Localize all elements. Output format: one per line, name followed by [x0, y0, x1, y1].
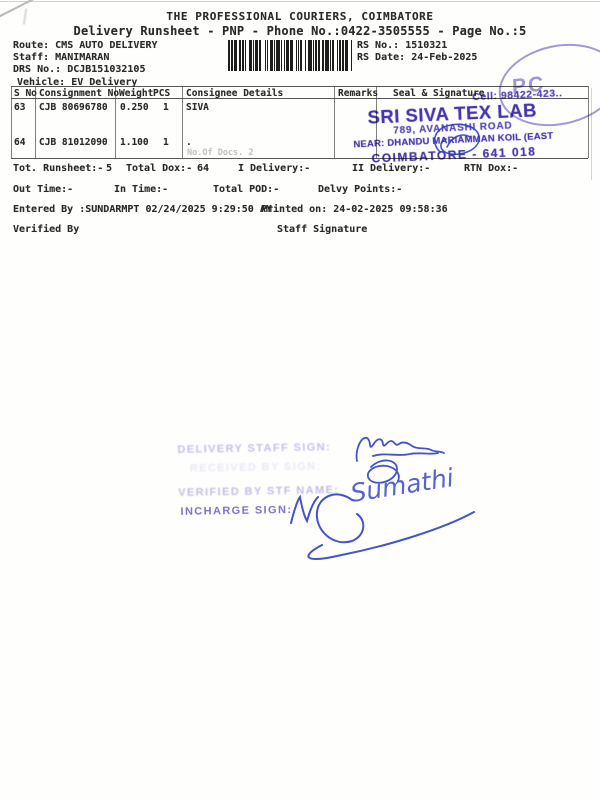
staff-signature-label: Staff Signature — [277, 224, 367, 235]
verified-by-label: Verified By — [13, 224, 79, 235]
rs-date-line: RS Date: 24-Feb-2025 — [357, 52, 477, 63]
drs-value: DCJB151032105 — [67, 64, 145, 75]
rs-date-label: RS Date: — [357, 52, 405, 63]
barcode — [228, 40, 352, 71]
cell-s-no: 63 — [14, 102, 25, 113]
route-label: Route: — [13, 40, 49, 51]
staff-label: Staff: — [13, 52, 49, 63]
column-header-weight: Weight — [119, 88, 153, 99]
table-column-line — [182, 86, 183, 158]
runsheet-document: THE PROFESSIONAL COURIERS, COIMBATORE De… — [0, 0, 600, 800]
signature-stamp: DELIVERY STAFF SIGN: RECEIVED BY SIGN: V… — [175, 438, 406, 526]
cell-weight: 1.100 — [120, 137, 149, 148]
consignee-seal-stamp: Cell: 98422-423.. SRI SIVA TEX LAB 789, … — [336, 85, 569, 179]
company-title: THE PROFESSIONAL COURIERS, COIMBATORE — [0, 10, 600, 23]
cell-s-no: 64 — [14, 137, 25, 148]
scan-edge-top — [0, 1, 600, 2]
total-dox-label: Total Dox:- — [126, 163, 192, 174]
column-header-consignment: Consignment No — [39, 88, 119, 99]
stamp-verified-by-name-label: VERIFIED BY STF NAME: — [178, 484, 339, 499]
rs-no-value: 1510321 — [405, 40, 447, 51]
cell-consignee: SIVA — [186, 102, 209, 113]
i-delivery-label: I Delivery:- — [238, 163, 310, 174]
docs-count-note: No.Of Docs. 2 — [187, 148, 254, 158]
printed-on-line: Printed on: 24-02-2025 09:58:36 — [261, 204, 448, 215]
entered-by-line: Entered By :SUNDARMPT 02/24/2025 9:29:50… — [13, 204, 272, 215]
out-time-label: Out Time:- — [13, 184, 73, 195]
table-column-line — [11, 86, 12, 158]
stamp-incharge-sign-label: INCHARGE SIGN: — [180, 504, 292, 518]
cell-consignee: . — [186, 137, 192, 148]
total-runsheet-value: 5 — [106, 163, 112, 174]
stamp-received-by-sign-label: RECEIVED BY SIGN: — [190, 460, 322, 474]
delvy-points-label: Delvy Points:- — [318, 184, 402, 195]
staff-line: Staff: MANIMARAN — [13, 52, 109, 63]
staff-value: MANIMARAN — [55, 52, 109, 63]
runsheet-subtitle: Delivery Runsheet - PNP - Phone No.:0422… — [0, 24, 600, 38]
cell-weight: 0.250 — [120, 102, 149, 113]
stamp-delivery-staff-sign-label: DELIVERY STAFF SIGN: — [177, 441, 331, 456]
total-dox-value: 64 — [197, 163, 209, 174]
in-time-label: In Time:- — [114, 184, 168, 195]
total-pod-label: Total POD:- — [213, 184, 279, 195]
cell-consignment: CJB 81012090 — [39, 137, 108, 148]
route-value: CMS AUTO DELIVERY — [55, 40, 157, 51]
total-runsheet-label: Tot. Runsheet:- — [13, 163, 103, 174]
cell-consignment: CJB 80696780 — [39, 102, 108, 113]
column-header-s-no: S No — [14, 88, 37, 99]
barcode-bar — [351, 40, 352, 71]
cell-pcs: 1 — [163, 102, 169, 113]
route-line: Route: CMS AUTO DELIVERY — [13, 40, 158, 51]
rs-no-label: RS No.: — [357, 40, 399, 51]
cell-pcs: 1 — [163, 137, 169, 148]
rs-date-value: 24-Feb-2025 — [411, 52, 477, 63]
rs-no-line: RS No.: 1510321 — [357, 40, 447, 51]
drs-label: DRS No.: — [13, 64, 61, 75]
column-header-pcs: PCS — [153, 88, 170, 99]
column-header-consignee: Consignee Details — [186, 88, 283, 99]
table-column-line — [334, 86, 335, 158]
drs-line: DRS No.: DCJB151032105 — [13, 64, 145, 75]
